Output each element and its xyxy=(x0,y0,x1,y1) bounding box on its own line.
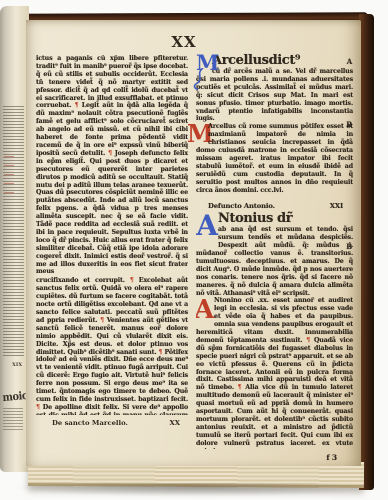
book-photograph: XIX moic XX ictus a paganis cũ xp̃m libe… xyxy=(0,0,388,500)
initial-flourish-tail xyxy=(193,68,207,90)
facing-page-text-lines xyxy=(3,106,24,358)
marginal-letter-b: B xyxy=(346,121,352,129)
chapter-heading-antonius: Ntonius dr̃ xyxy=(196,212,353,226)
left-paragraph-2: crucifixando et corrupit. ¶ Excolebat aũ… xyxy=(36,277,188,415)
recto-page: XX ictus a paganis cũ xp̃m libere pfiter… xyxy=(26,20,361,466)
marginal-letter-b2: B xyxy=(346,243,352,251)
footer-rubric: De sancto Marcello. xyxy=(52,419,128,427)
lombard-initial-m-red: M xyxy=(187,123,208,146)
facing-page-rubric-marks xyxy=(4,156,14,196)
marcellus-etymology-text: cũ dr̃ arcẽs malũ a se. Vel dr̃ marcellu… xyxy=(196,68,353,122)
marginal-letter-a: A xyxy=(347,58,352,66)
binding-board-right xyxy=(359,14,374,490)
left-column-footer: De sancto Marcello. XX xyxy=(36,419,188,427)
antonius-etymology-text: ab ana q̃d est sursum et tendo. q̃si sur… xyxy=(196,226,353,296)
section-antonius: A Ntonius dr̃ ab ana q̃d est sursum et t… xyxy=(196,212,353,297)
lombard-initial-a-blue: A xyxy=(196,212,218,242)
folio-number: XX xyxy=(144,33,224,51)
facing-page-sliver: XIX moic xyxy=(0,6,29,472)
facing-page-text-lines-lower xyxy=(3,408,23,430)
antonius-life-text: Ntonino cũ .xx. esset annor̃ et audiret … xyxy=(196,297,353,449)
lombard-initial-m-blue: M xyxy=(196,53,212,74)
footer-folio-number: XX xyxy=(169,419,180,427)
text-column-right: A B B M Arcellusdict⁹ cũ dr̃ arcẽs malũ … xyxy=(196,53,353,455)
facing-page-folio-number: XIX xyxy=(12,362,22,368)
section-marcellus: M Arcellusdict⁹ cũ dr̃ arcẽs malũ a se. … xyxy=(196,53,353,123)
chapter-heading-marcellus: Arcellusdict⁹ xyxy=(196,53,353,68)
text-column-left: ictus a paganis cũ xp̃m libere pfiteretu… xyxy=(36,55,188,415)
chapter-folio-number: XXI xyxy=(330,203,343,211)
quire-signature: f 3 xyxy=(196,454,353,462)
lombard-initial-a-red: A xyxy=(196,297,214,326)
book-shadow xyxy=(8,483,380,497)
paragraph-marcellus-life: M Arcellus cũ rome summus põtifex esset … xyxy=(196,123,353,201)
facing-page-heading-fragment: moic xyxy=(2,389,28,404)
paragraph-antonius-life: A Ntonino cũ .xx. esset annor̃ et audire… xyxy=(196,297,353,449)
left-paragraph-1: ictus a paganis cũ xp̃m libere pfiteretu… xyxy=(36,55,188,276)
marcellus-life-text: Arcellus cũ rome summus põtifex esset et… xyxy=(196,123,353,193)
